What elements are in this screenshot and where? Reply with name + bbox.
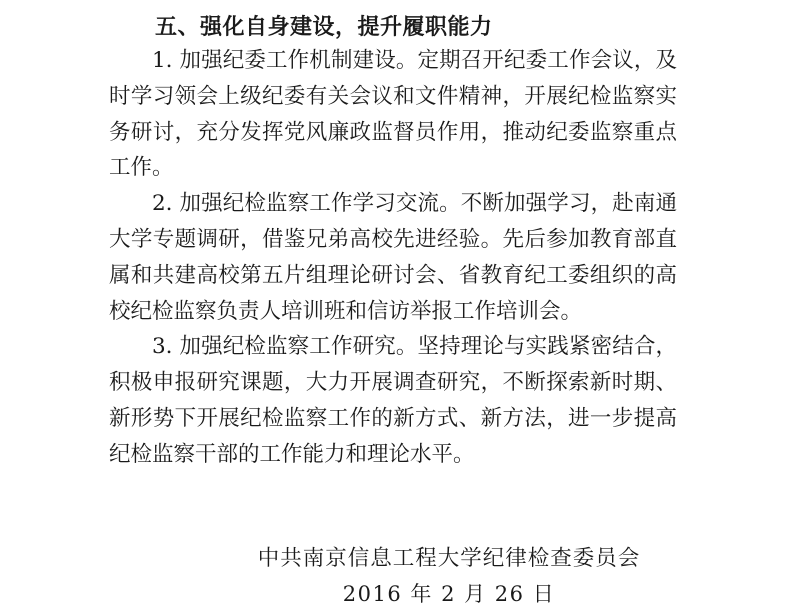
paragraph-2: 2. 加强纪检监察工作学习交流。不断加强学习，赴南通大学专题调研，借鉴兄弟高校先… (109, 186, 677, 329)
paragraph-1: 1. 加强纪委工作机制建设。定期召开纪委工作会议，及时学习领会上级纪委有关会议和… (109, 43, 677, 186)
document-body: 1. 加强纪委工作机制建设。定期召开纪委工作会议，及时学习领会上级纪委有关会议和… (109, 43, 677, 473)
paragraph-3: 3. 加强纪检监察工作研究。坚持理论与实践紧密结合，积极申报研究课题，大力开展调… (109, 329, 677, 472)
signature-organization: 中共南京信息工程大学纪律检查委员会 (108, 541, 790, 577)
section-heading: 五、强化自身建设，提升履职能力 (155, 13, 493, 43)
document-page: 五、强化自身建设，提升履职能力 1. 加强纪委工作机制建设。定期召开纪委工作会议… (0, 0, 790, 612)
signature-block: 中共南京信息工程大学纪律检查委员会 2016 年 2 月 26 日 (0, 541, 790, 612)
signature-date: 2016 年 2 月 26 日 (108, 577, 790, 612)
